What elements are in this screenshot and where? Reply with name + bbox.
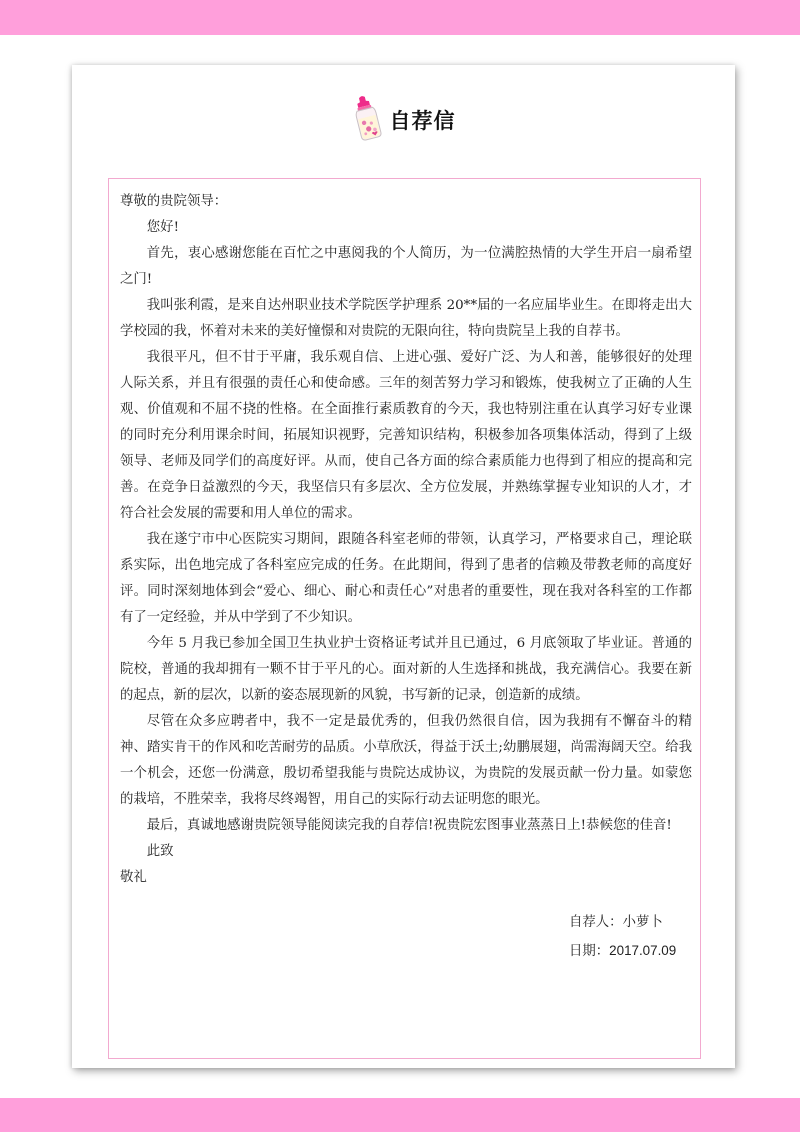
top-pink-band — [0, 0, 800, 35]
paragraph: 我在遂宁市中心医院实习期间，跟随各科室老师的带领，认真学习，严格要求自己，理论联… — [120, 527, 692, 631]
paragraph: 首先，衷心感谢您能在百忙之中惠阅我的个人简历，为一位满腔热情的大学生开启一扇希望… — [120, 241, 692, 293]
date-value: 2017.07.09 — [609, 943, 676, 958]
date-line: 日期：2017.07.09 — [569, 937, 676, 966]
letter-body: 尊敬的贵院领导： 您好! 首先，衷心感谢您能在百忙之中惠阅我的个人简历，为一位满… — [120, 189, 692, 891]
signature-block: 自荐人：小萝卜 日期：2017.07.09 — [569, 909, 676, 966]
paragraph: 尽管在众多应聘者中，我不一定是最优秀的，但我仍然很自信，因为我拥有不懈奋斗的精神… — [120, 709, 692, 813]
greeting: 您好! — [120, 215, 692, 241]
paragraph: 最后，真诚地感谢贵院领导能阅读完我的自荐信!祝贵院宏图事业蒸蒸日上!恭候您的佳音… — [120, 813, 692, 839]
bottom-pink-band — [0, 1098, 800, 1132]
closing-line-2: 敬礼 — [120, 865, 692, 891]
letter-frame: 尊敬的贵院领导： 您好! 首先，衷心感谢您能在百忙之中惠阅我的个人简历，为一位满… — [108, 178, 701, 1059]
signature-label: 自荐人： — [569, 915, 623, 930]
date-label: 日期： — [569, 944, 609, 959]
baby-bottle-icon — [352, 95, 382, 141]
closing-line-1: 此致 — [120, 839, 692, 865]
signature-line: 自荐人：小萝卜 — [569, 909, 676, 937]
page-title: 自荐信 — [390, 105, 456, 135]
title-row: 自荐信 — [72, 93, 735, 143]
paragraph: 今年 5 月我已参加全国卫生执业护士资格证考试并且已通过，6 月底领取了毕业证。… — [120, 631, 692, 709]
paragraph: 我很平凡，但不甘于平庸，我乐观自信、上进心强、爱好广泛、为人和善，能够很好的处理… — [120, 345, 692, 527]
signature-name: 小萝卜 — [623, 915, 663, 930]
salutation: 尊敬的贵院领导： — [120, 189, 692, 215]
paragraph: 我叫张利霞，是来自达州职业技术学院医学护理系 20**届的一名应届毕业生。在即将… — [120, 293, 692, 345]
letter-page: 自荐信 尊敬的贵院领导： 您好! 首先，衷心感谢您能在百忙之中惠阅我的个人简历，… — [72, 65, 735, 1068]
